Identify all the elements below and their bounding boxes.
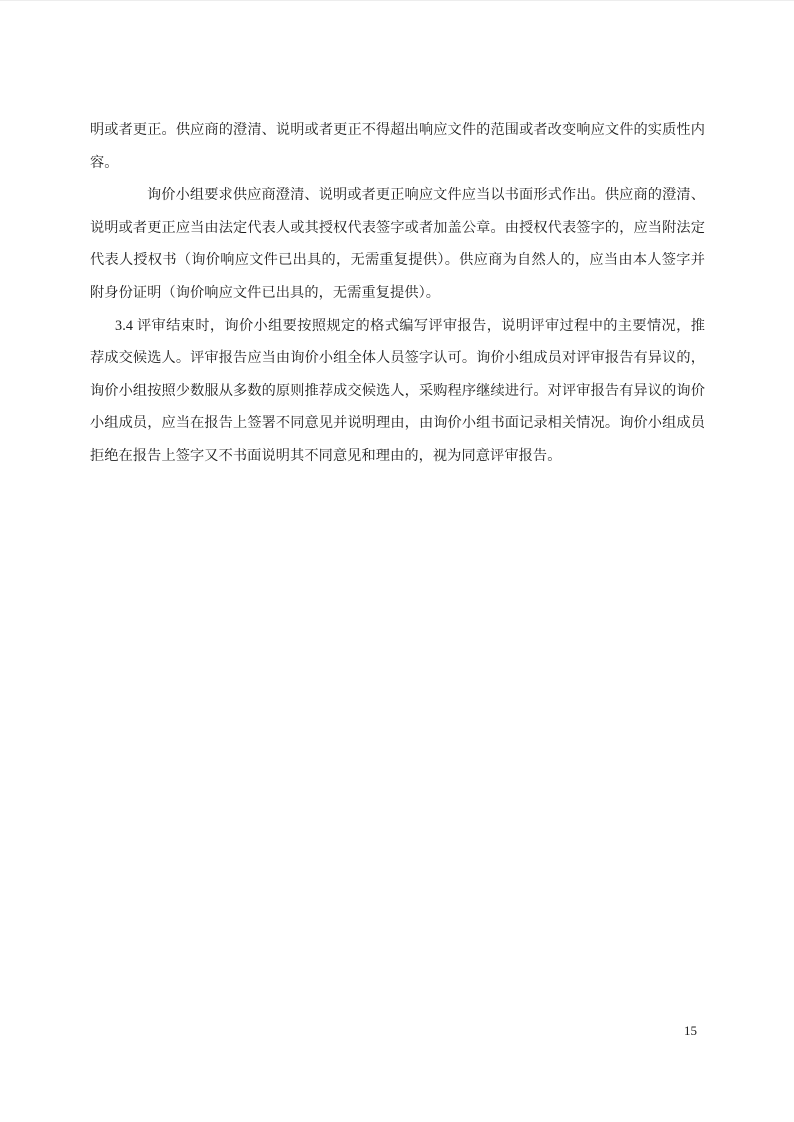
paragraph-clarification-scope: 明或者更正。供应商的澄清、说明或者更正不得超出响应文件的范围或者改变响应文件的实… [90, 114, 705, 179]
paragraph-written-form-requirement: 询价小组要求供应商澄清、说明或者更正响应文件应当以书面形式作出。供应商的澄清、说… [90, 179, 705, 309]
document-page: 明或者更正。供应商的澄清、说明或者更正不得超出响应文件的范围或者改变响应文件的实… [0, 0, 794, 1122]
paragraph-3-4-review-report: 3.4 评审结束时，询价小组要按照规定的格式编写评审报告，说明评审过程中的主要情… [90, 310, 705, 473]
page-number: 15 [684, 1023, 697, 1039]
page-footer: 15 [0, 1023, 794, 1043]
document-body: 明或者更正。供应商的澄清、说明或者更正不得超出响应文件的范围或者改变响应文件的实… [90, 114, 705, 473]
